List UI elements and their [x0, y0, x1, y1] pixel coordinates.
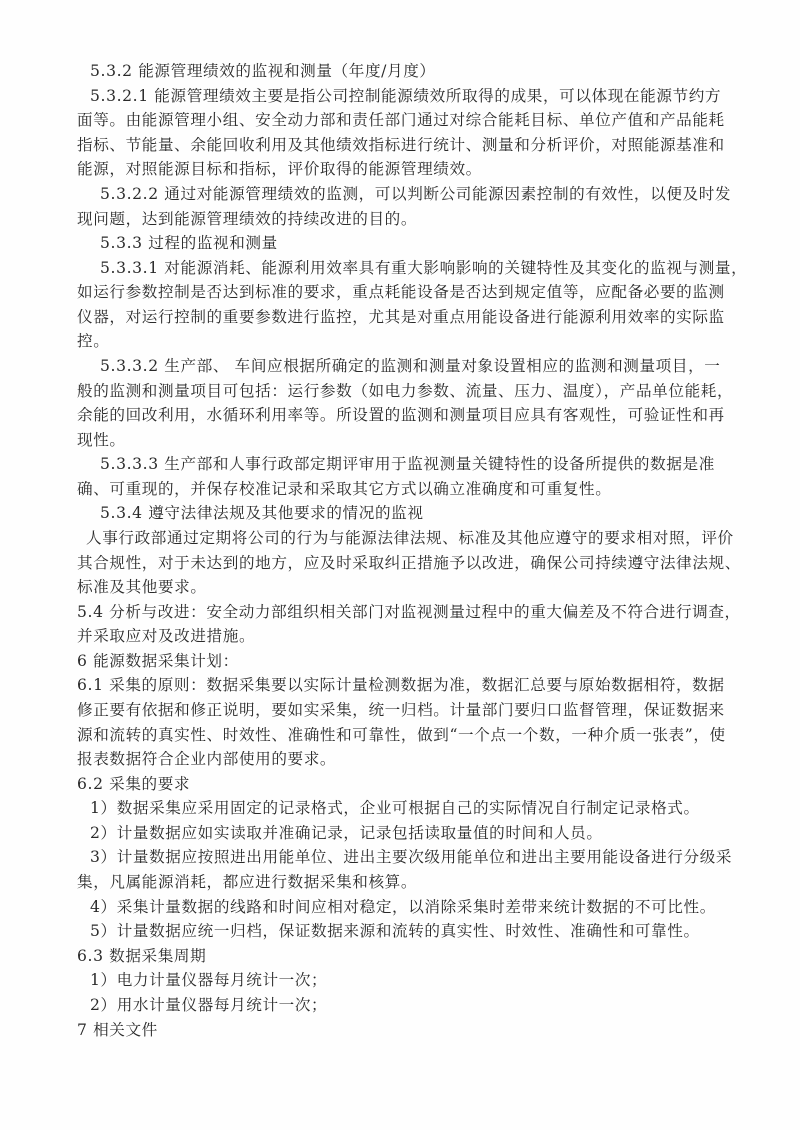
paragraph-line: 余能的回改利用，水循环利用率等。所设置的监测和测量项目应具有客观性，可验证性和再	[77, 403, 725, 427]
list-item-6-2-3: 3）计量数据应按照进出用能单位、进出主要次级用能单位和进出主要用能设备进行分级采	[90, 845, 732, 869]
paragraph-5-3-2-1: 5.3.2.1 能源管理绩效主要是指公司控制能源绩效所取得的成果，可以体现在能源…	[90, 84, 721, 108]
paragraph-5-3-2-2: 5.3.2.2 通过对能源管理绩效的监测，可以判断公司能源因素控制的有效性，以便…	[100, 182, 731, 206]
paragraph-line: 现问题，达到能源管理绩效的持续改进的目的。	[77, 207, 417, 231]
paragraph-5-3-4: 人事行政部通过定期将公司的行为与能源法律法规、标准及其他应遵守的要求相对照，评价	[86, 526, 734, 550]
paragraph-6-1: 6.1 采集的原则：数据采集要以实际计量检测数据为准，数据汇总要与原始数据相符，…	[77, 673, 725, 697]
list-item-6-2-5: 5）计量数据应统一归档，保证数据来源和流转的真实性、时效性、准确性和可靠性。	[90, 919, 700, 943]
list-item-6-3-2: 2）用水计量仪器每月统计一次；	[90, 993, 327, 1017]
paragraph-line: 现性。	[77, 428, 126, 452]
paragraph-5-3-3-3: 5.3.3.3 生产部和人事行政部定期评审用于监视测量关键特性的设备所提供的数据…	[100, 452, 715, 476]
paragraph-line: 源和流转的真实性、时效性、准确性和可靠性，做到“一个点一个数，一种介质一张表”，…	[77, 723, 726, 747]
paragraph-line: 报表数据符合企业内部使用的要求。	[77, 747, 336, 771]
paragraph-5-4: 5.4 分析与改进：安全动力部组织相关部门对监视测量过程中的重大偏差及不符合进行…	[77, 600, 741, 624]
heading-5-3-2: 5.3.2 能源管理绩效的监视和测量（年度/月度）	[90, 59, 436, 83]
paragraph-line: 其合规性，对于未达到的地方，应及时采取纠正措施予以改进，确保公司持续遵守法律法规…	[77, 551, 741, 575]
list-item-6-2-2: 2）计量数据应如实读取并准确记录，记录包括读取量值的时间和人员。	[90, 821, 603, 845]
heading-7: 7 相关文件	[77, 1018, 158, 1042]
paragraph-line: 面等。由能源管理小组、安全动力部和责任部门通过对综合能耗目标、单位产值和产品能耗	[77, 108, 725, 132]
list-item-6-2-4: 4）采集计量数据的线路和时间应相对稳定，以消除采集时差带来统计数据的不可比性。	[90, 895, 716, 919]
paragraph-line: 标准及其他要求。	[77, 575, 207, 599]
paragraph-line: 确、可重现的，并保存校准记录和采取其它方式以确立准确度和可重复性。	[77, 477, 611, 501]
paragraph-line: 指标、节能量、余能回收利用及其他绩效指标进行统计、测量和分析评价，对照能源基准和	[77, 133, 725, 157]
paragraph-5-3-3-2: 5.3.3.2 生产部、 车间应根据所确定的监测和测量对象设置相应的监测和测量项…	[100, 354, 720, 378]
paragraph-line: 如运行参数控制是否达到标准的要求，重点耗能设备是否达到规定值等，应配备必要的监测	[77, 280, 725, 304]
heading-5-3-3: 5.3.3 过程的监视和测量	[100, 231, 278, 255]
paragraph-line: 并采取应对及改进措施。	[77, 624, 255, 648]
paragraph-line: 集，凡属能源消耗，都应进行数据采集和核算。	[77, 870, 417, 894]
paragraph-line: 仪器，对运行控制的重要参数进行监控，尤其是对重点用能设备进行能源利用效率的实际监	[77, 305, 725, 329]
list-item-6-2-1: 1）数据采集应采用固定的记录格式，企业可根据自己的实际情况自行制定记录格式。	[90, 796, 700, 820]
paragraph-line: 般的监测和测量项目可包括：运行参数（如电力参数、流量、压力、温度），产品单位能耗…	[77, 379, 733, 403]
list-item-6-3-1: 1）电力计量仪器每月统计一次；	[90, 968, 327, 992]
heading-6: 6 能源数据采集计划：	[77, 649, 239, 673]
document-page: 5.3.2 能源管理绩效的监视和测量（年度/月度） 5.3.2.1 能源管理绩效…	[0, 0, 800, 1130]
heading-6-2: 6.2 采集的要求	[77, 772, 190, 796]
paragraph-line: 控。	[77, 329, 109, 353]
heading-5-3-4: 5.3.4 遵守法律法规及其他要求的情况的监视	[100, 501, 424, 525]
paragraph-5-3-3-1: 5.3.3.1 对能源消耗、能源利用效率具有重大影响影响的关键特性及其变化的监视…	[100, 256, 747, 280]
heading-6-3: 6.3 数据采集周期	[77, 944, 206, 968]
paragraph-line: 修正要有依据和修正说明，要如实采集，统一归档。计量部门要归口监督管理，保证数据来	[77, 698, 725, 722]
paragraph-line: 能源，对照能源目标和指标，评价取得的能源管理绩效。	[77, 157, 482, 181]
